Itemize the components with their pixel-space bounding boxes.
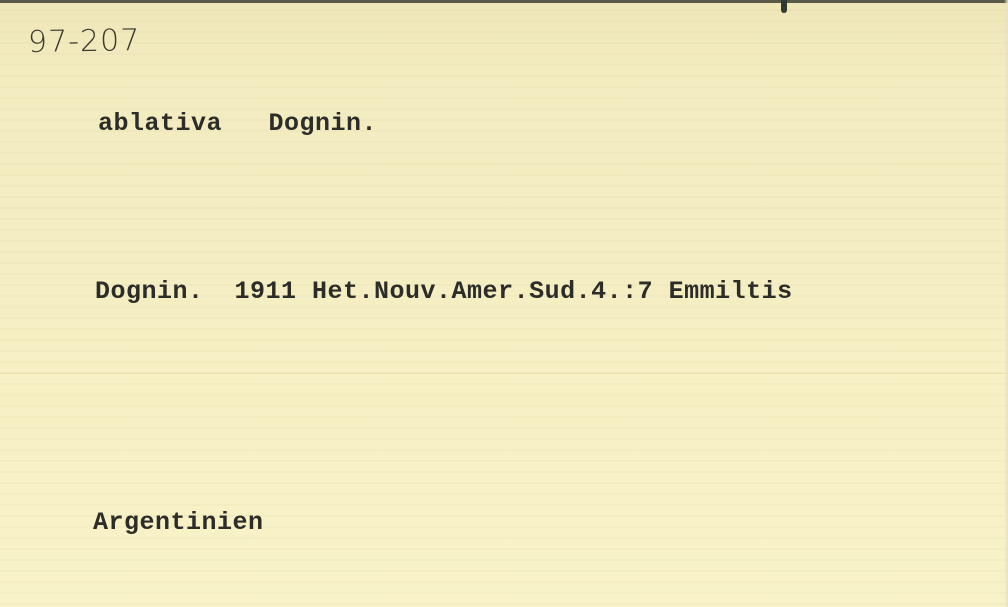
index-card: 97-207 ablativa Dognin. Dognin. 1911 Het… [0,0,1008,607]
card-crease [0,373,1008,376]
locality: Argentinien [93,508,264,537]
card-right-edge [1004,0,1008,607]
reference-line: Dognin. 1911 Het.Nouv.Amer.Sud.4.:7 Emmi… [95,277,793,306]
ink-mark [781,0,787,13]
card-top-edge [0,0,1008,3]
catalog-number: 97-207 [28,23,141,60]
species-name-line: ablativa Dognin. [98,109,377,138]
